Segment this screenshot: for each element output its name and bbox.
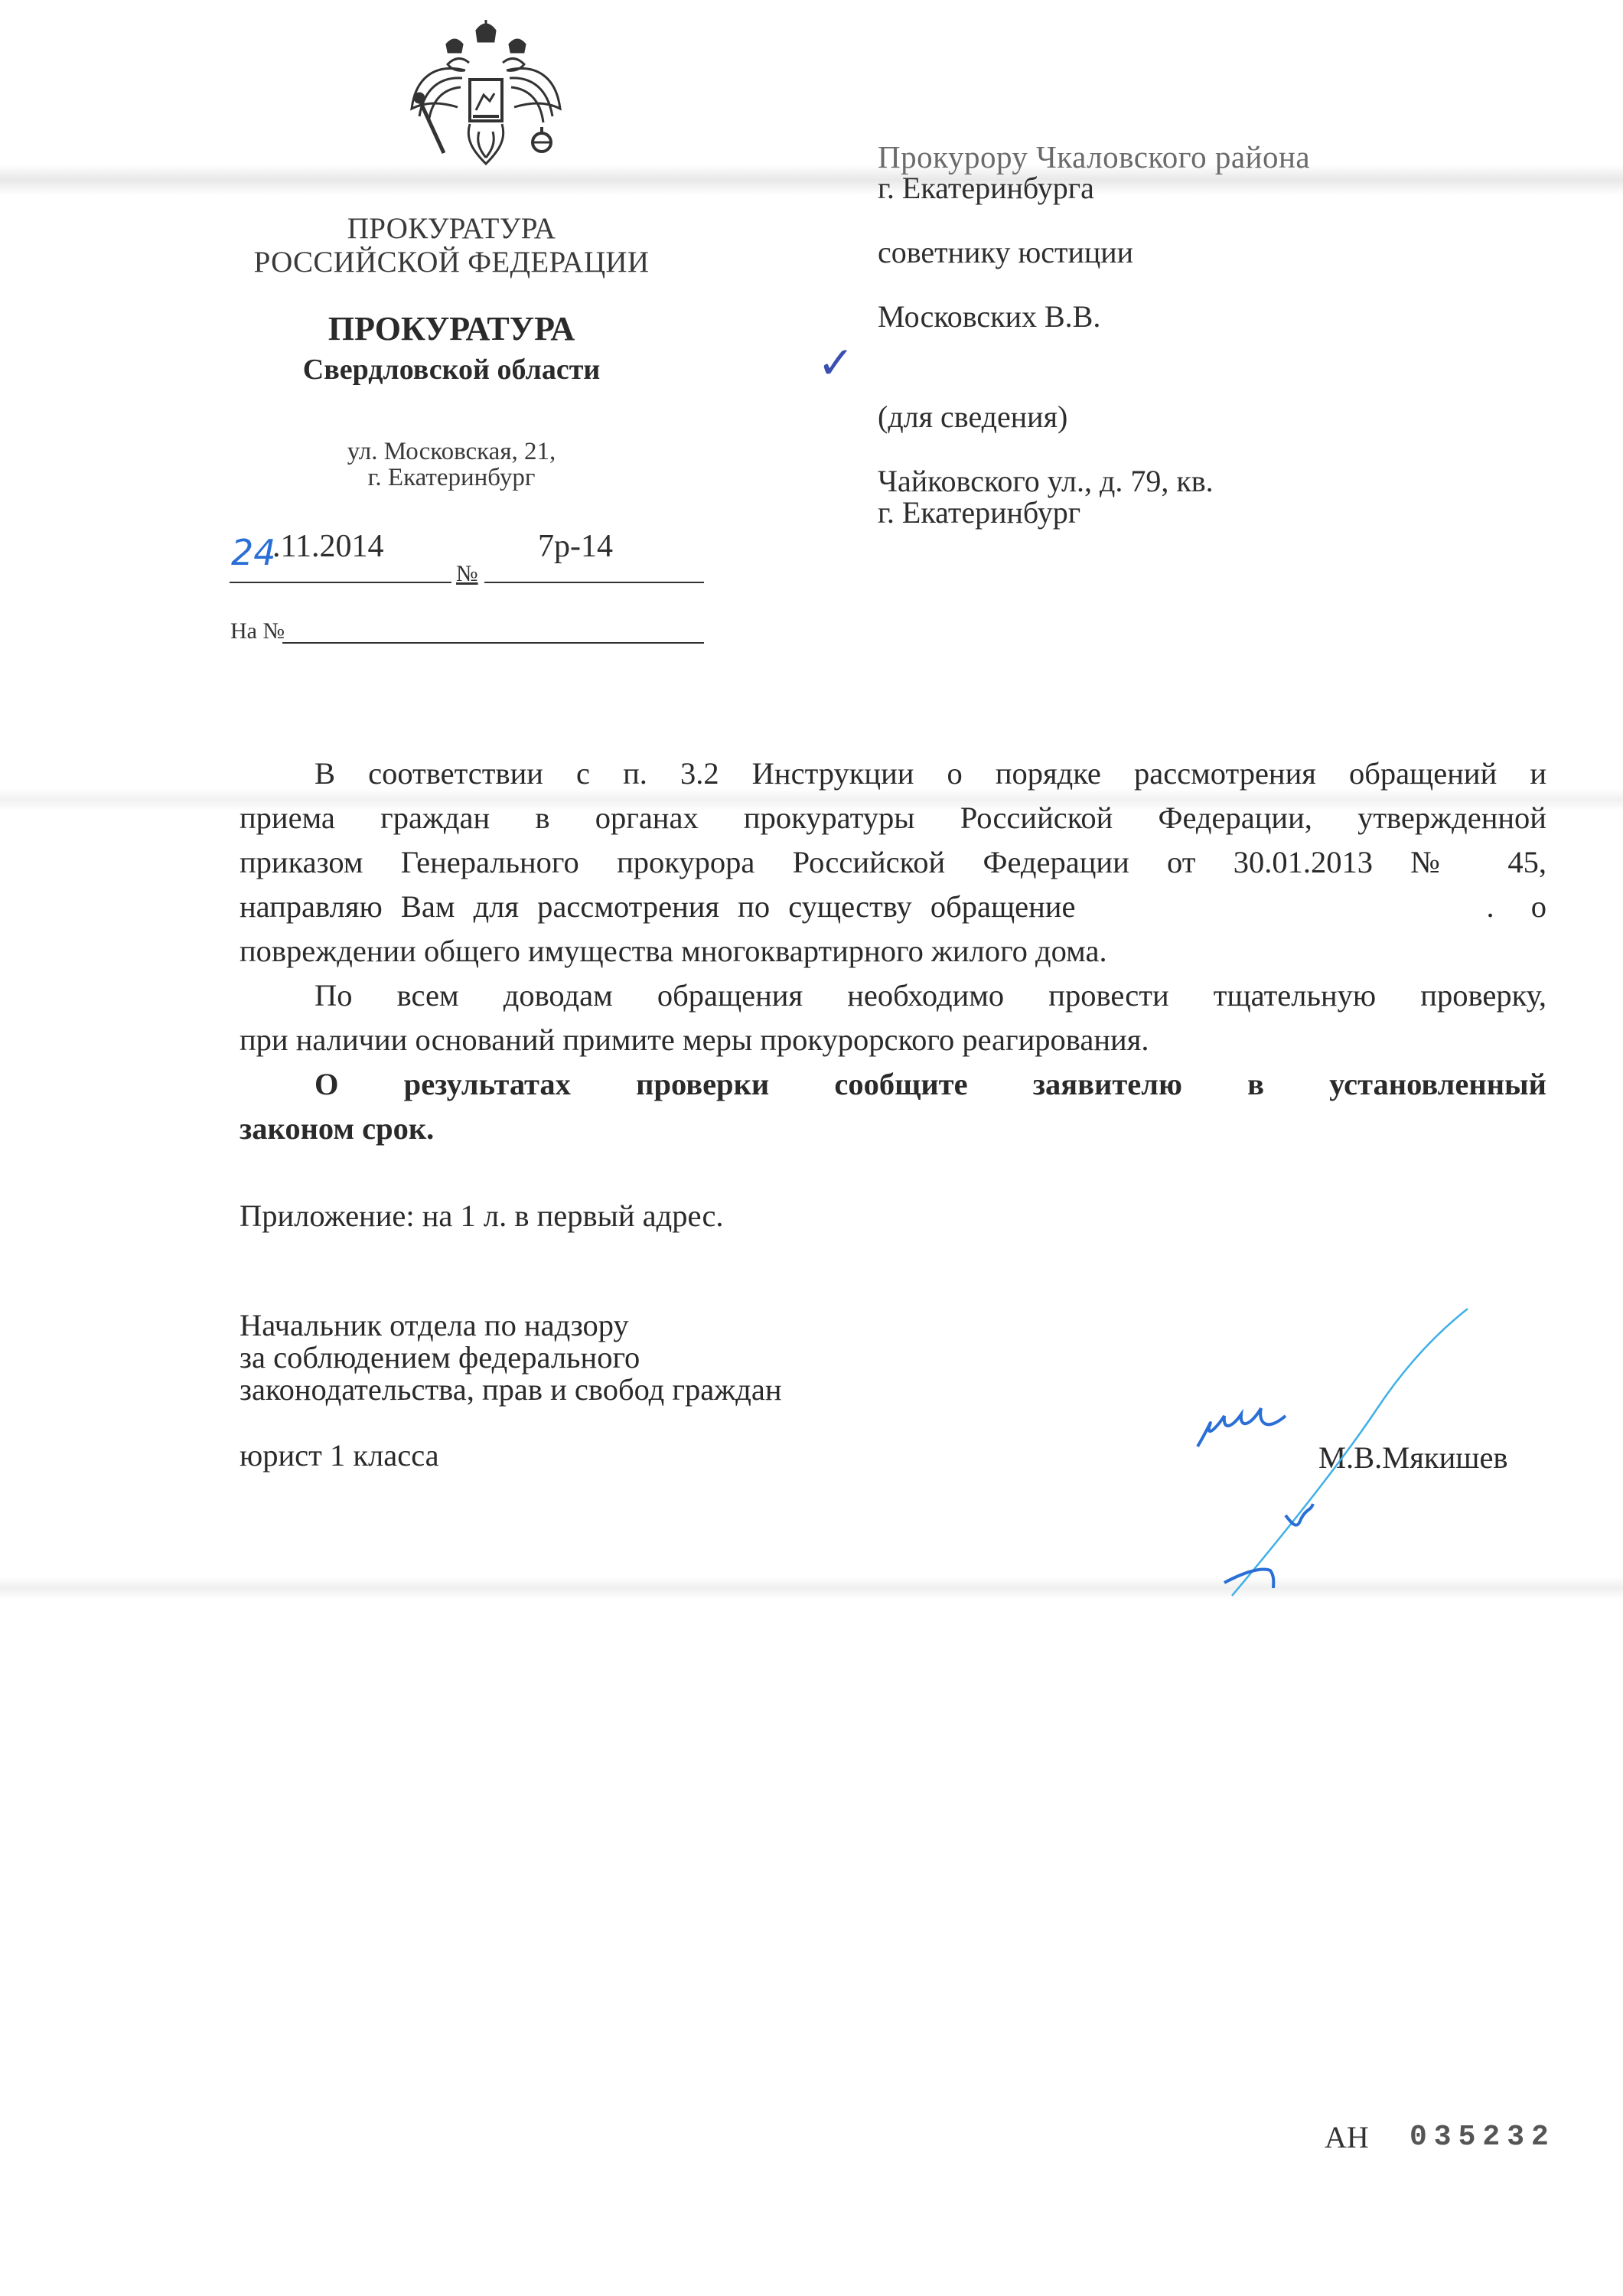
cc-note: (для сведения) bbox=[878, 399, 1067, 435]
reply-to-underline bbox=[282, 642, 704, 644]
dept-name-line1: ПРОКУРАТУРА bbox=[222, 309, 681, 348]
number-underline bbox=[484, 582, 704, 583]
attachment-note: Приложение: на 1 л. в первый адрес. bbox=[240, 1194, 1546, 1238]
handwritten-checkmark-icon: ✓ bbox=[817, 337, 855, 389]
signer-title-line2: за соблюдением федерального bbox=[240, 1342, 640, 1374]
handwritten-date-day: 24 bbox=[231, 532, 276, 573]
recipient-rank: советнику юстиции bbox=[878, 234, 1133, 270]
body-line: при наличии оснований примите меры проку… bbox=[240, 1018, 1546, 1062]
recipient-name: Московских В.В. bbox=[878, 298, 1100, 334]
date-underline bbox=[230, 582, 451, 583]
body-line: повреждении общего имущества многокварти… bbox=[240, 929, 1546, 974]
body-line-with-redaction: направляю Вам для рассмотрения по сущест… bbox=[240, 885, 1546, 929]
dept-name-line2: Свердловской области bbox=[222, 353, 681, 386]
signer-title-line3: законодательства, прав и свобод граждан bbox=[240, 1374, 782, 1406]
reply-to-label: На № bbox=[230, 618, 285, 644]
body-line-emphasis: законом срок. bbox=[240, 1107, 1546, 1151]
number-sign: № bbox=[456, 561, 478, 587]
signer-title-line1: Начальник отдела по надзору bbox=[240, 1309, 629, 1342]
document-date: .11.2014 bbox=[272, 528, 383, 565]
body-line: приема граждан в органах прокуратуры Рос… bbox=[240, 796, 1546, 840]
body-line: По всем доводам обращения необходимо про… bbox=[240, 974, 1546, 1018]
handwritten-signature bbox=[1178, 1293, 1484, 1600]
scan-artifact-band bbox=[0, 165, 1623, 195]
body-line: приказом Генерального прокурора Российск… bbox=[240, 840, 1546, 885]
body-line: В соответствии с п. 3.2 Инструкции о пор… bbox=[240, 752, 1546, 796]
letter-body: В соответствии с п. 3.2 Инструкции о пор… bbox=[240, 752, 1546, 1238]
document-number: 7р-14 bbox=[538, 528, 613, 565]
body-line-text: направляю Вам для рассмотрения по сущест… bbox=[240, 885, 1075, 929]
org-name-line2: РОССИЙСКОЙ ФЕДЕРАЦИИ bbox=[222, 245, 681, 279]
sender-address-line1: ул. Московская, 21, bbox=[222, 438, 681, 466]
coat-of-arms-icon bbox=[396, 17, 576, 170]
recipient-line2: г. Екатеринбурга bbox=[878, 170, 1094, 206]
body-line-emphasis: О результатах проверки сообщите заявител… bbox=[240, 1062, 1546, 1107]
sender-address-line2: г. Екатеринбург bbox=[222, 464, 681, 492]
body-line-tail: . о bbox=[1487, 885, 1547, 929]
form-series: АН bbox=[1325, 2119, 1369, 2155]
org-name-line1: ПРОКУРАТУРА bbox=[222, 211, 681, 246]
cc-address-line1: Чайковского ул., д. 79, кв. bbox=[878, 463, 1214, 499]
form-serial-number: 035232 bbox=[1410, 2121, 1556, 2154]
cc-address-line2: г. Екатеринбург bbox=[878, 494, 1080, 530]
signer-rank: юрист 1 класса bbox=[240, 1440, 439, 1472]
